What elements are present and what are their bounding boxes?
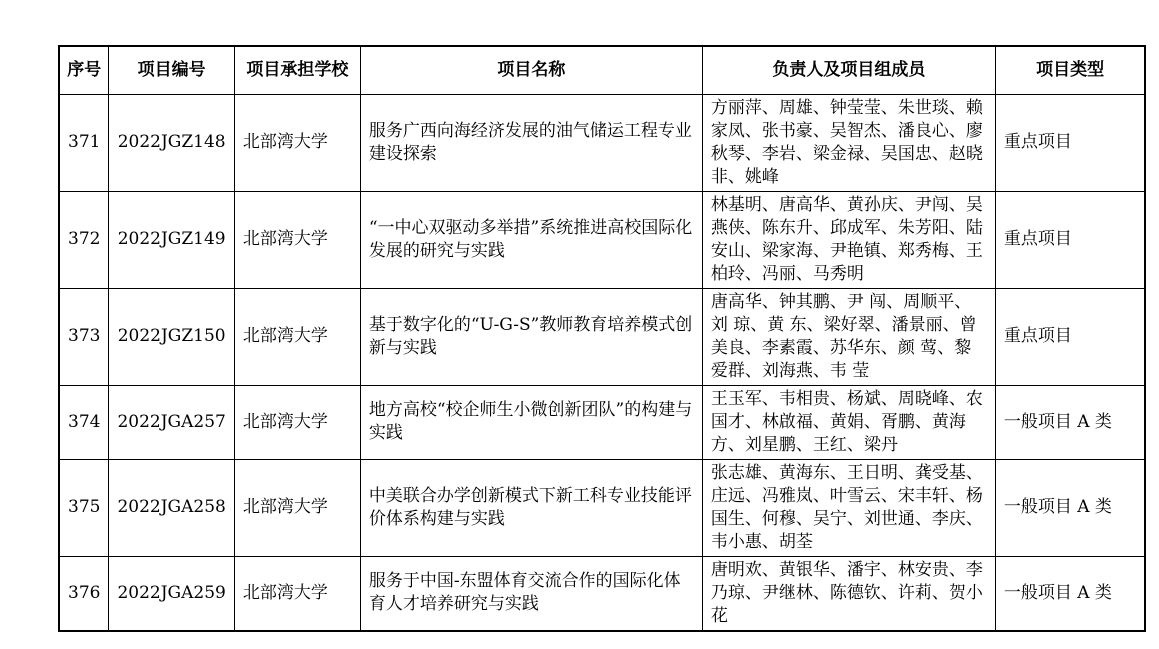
cell-school: 北部湾大学 bbox=[234, 94, 360, 191]
cell-serial: 372 bbox=[59, 191, 109, 288]
header-members: 负责人及项目组成员 bbox=[702, 46, 995, 94]
cell-members: 唐高华、钟其鹏、尹 闯、周顺平、刘 琼、黄 东、梁好翠、潘景丽、曾美良、李素霞、… bbox=[702, 288, 995, 385]
header-code: 项目编号 bbox=[109, 46, 234, 94]
cell-code: 2022JGZ149 bbox=[109, 191, 234, 288]
cell-school: 北部湾大学 bbox=[234, 288, 360, 385]
table-row: 375 2022JGA258 北部湾大学 中美联合办学创新模式下新工科专业技能评… bbox=[59, 459, 1145, 556]
cell-school: 北部湾大学 bbox=[234, 459, 360, 556]
cell-serial: 374 bbox=[59, 385, 109, 459]
cell-code: 2022JGA257 bbox=[109, 385, 234, 459]
table-header-row: 序号 项目编号 项目承担学校 项目名称 负责人及项目组成员 项目类型 bbox=[59, 46, 1145, 94]
table-row: 373 2022JGZ150 北部湾大学 基于数字化的“U-G-S”教师教育培养… bbox=[59, 288, 1145, 385]
projects-table: 序号 项目编号 项目承担学校 项目名称 负责人及项目组成员 项目类型 371 2… bbox=[58, 45, 1146, 632]
table-row: 371 2022JGZ148 北部湾大学 服务广西向海经济发展的油气储运工程专业… bbox=[59, 94, 1145, 191]
cell-serial: 373 bbox=[59, 288, 109, 385]
table-row: 372 2022JGZ149 北部湾大学 “一中心双驱动多举措”系统推进高校国际… bbox=[59, 191, 1145, 288]
cell-members: 张志雄、黄海东、王日明、龚受基、庄远、冯雅岚、叶雪云、宋丰轩、杨国生、何穆、吴宁… bbox=[702, 459, 995, 556]
cell-type: 一般项目 A 类 bbox=[995, 556, 1145, 631]
cell-name: 基于数字化的“U-G-S”教师教育培养模式创新与实践 bbox=[360, 288, 702, 385]
cell-members: 唐明欢、黄银华、潘宇、林安贵、李乃琼、尹继林、陈德钦、许莉、贺小花 bbox=[702, 556, 995, 631]
cell-serial: 376 bbox=[59, 556, 109, 631]
cell-type: 一般项目 A 类 bbox=[995, 459, 1145, 556]
cell-name: 中美联合办学创新模式下新工科专业技能评价体系构建与实践 bbox=[360, 459, 702, 556]
projects-table-container: 序号 项目编号 项目承担学校 项目名称 负责人及项目组成员 项目类型 371 2… bbox=[58, 45, 1146, 632]
cell-members: 方丽萍、周雄、钟莹莹、朱世琰、赖家凤、张书豪、吴智杰、潘良心、廖秋琴、李岩、梁金… bbox=[702, 94, 995, 191]
cell-code: 2022JGZ148 bbox=[109, 94, 234, 191]
cell-code: 2022JGA258 bbox=[109, 459, 234, 556]
cell-name: 服务广西向海经济发展的油气储运工程专业建设探索 bbox=[360, 94, 702, 191]
table-row: 374 2022JGA257 北部湾大学 地方高校“校企师生小微创新团队”的构建… bbox=[59, 385, 1145, 459]
header-name: 项目名称 bbox=[360, 46, 702, 94]
cell-type: 重点项目 bbox=[995, 288, 1145, 385]
cell-type: 重点项目 bbox=[995, 94, 1145, 191]
cell-members: 王玉军、韦相贵、杨斌、周晓峰、农国才、林啟福、黄娟、胥鹏、黄海方、刘星鹏、王红、… bbox=[702, 385, 995, 459]
cell-code: 2022JGZ150 bbox=[109, 288, 234, 385]
cell-type: 一般项目 A 类 bbox=[995, 385, 1145, 459]
cell-members: 林基明、唐高华、黄孙庆、尹闯、吴燕侠、陈东升、邱成军、朱芳阳、陆安山、梁家海、尹… bbox=[702, 191, 995, 288]
cell-school: 北部湾大学 bbox=[234, 385, 360, 459]
cell-school: 北部湾大学 bbox=[234, 556, 360, 631]
header-serial: 序号 bbox=[59, 46, 109, 94]
cell-code: 2022JGA259 bbox=[109, 556, 234, 631]
cell-name: “一中心双驱动多举措”系统推进高校国际化发展的研究与实践 bbox=[360, 191, 702, 288]
cell-serial: 375 bbox=[59, 459, 109, 556]
header-type: 项目类型 bbox=[995, 46, 1145, 94]
cell-name: 地方高校“校企师生小微创新团队”的构建与实践 bbox=[360, 385, 702, 459]
table-row: 376 2022JGA259 北部湾大学 服务于中国-东盟体育交流合作的国际化体… bbox=[59, 556, 1145, 631]
cell-serial: 371 bbox=[59, 94, 109, 191]
cell-type: 重点项目 bbox=[995, 191, 1145, 288]
header-school: 项目承担学校 bbox=[234, 46, 360, 94]
cell-name: 服务于中国-东盟体育交流合作的国际化体育人才培养研究与实践 bbox=[360, 556, 702, 631]
cell-school: 北部湾大学 bbox=[234, 191, 360, 288]
